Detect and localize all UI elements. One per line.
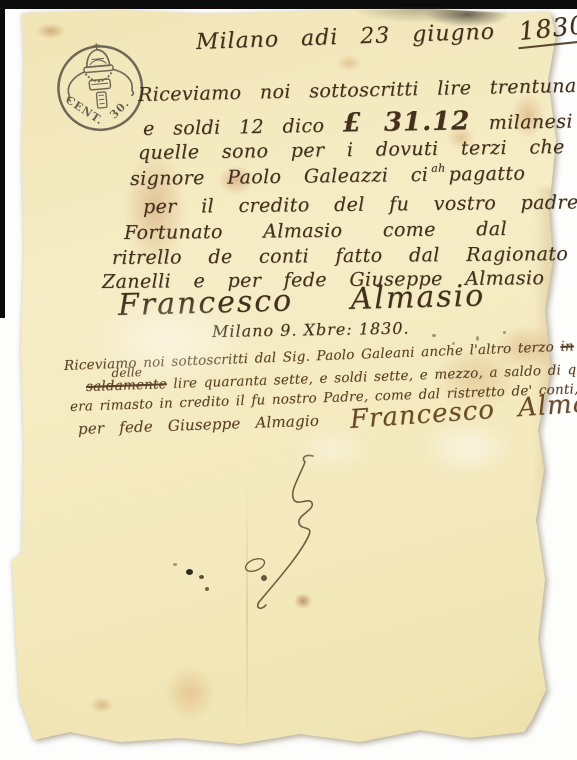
- photo-background: CENT. 30. Milano adi 23 giugno 1830 Rice…: [0, 0, 577, 760]
- inserted-word: delle: [111, 365, 142, 380]
- superscript-insertion: ah: [431, 162, 446, 175]
- dateline: Milano 9. Xbre: 1830.: [212, 319, 410, 341]
- ribbon-right: [112, 68, 133, 98]
- correction: saldamentedelle: [86, 376, 167, 395]
- body-line: Fortunato Almasio come dal: [124, 218, 507, 244]
- stamp-left-label: CENT.: [63, 93, 106, 127]
- body-line: ritrello de conti fatto dal Ragionato: [112, 243, 568, 269]
- crown-icon: [85, 49, 109, 68]
- body-line: per il credito del fu vostro padre: [143, 191, 577, 218]
- struck-word: in: [560, 338, 574, 355]
- amount-lire: £ 31.12: [343, 106, 471, 138]
- pen-flourish: [235, 452, 355, 617]
- body-text: signore Paolo Galeazzi ci: [130, 164, 429, 190]
- header-year: 1830: [515, 10, 577, 49]
- body-text: milanesi: [489, 110, 573, 133]
- revenue-stamp: CENT. 30.: [48, 34, 152, 138]
- body-text: e soldi 12 dico: [143, 115, 325, 140]
- body-text: pagatto: [449, 162, 526, 185]
